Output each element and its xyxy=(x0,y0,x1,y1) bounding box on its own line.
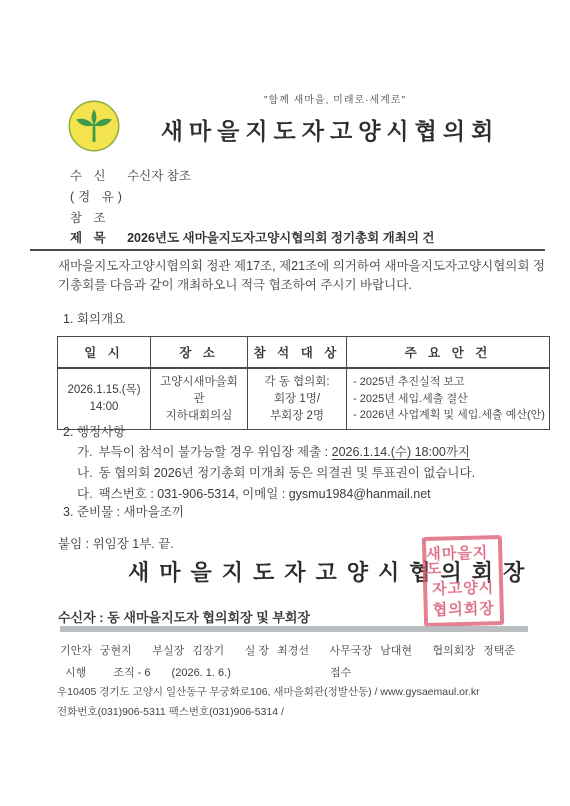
cc-label: 참 조 xyxy=(70,208,110,226)
recipient-value: 수신자 참조 xyxy=(127,169,191,183)
table-header-row: 일 시 장 소 참 석 대 상 주 요 안 건 xyxy=(58,337,550,369)
cell-attendees: 각 동 협의회: 회장 1명/ 부회장 2명 xyxy=(248,368,347,430)
address-line: 우10405 경기도 고양시 일산동구 무궁화로106, 새마을회관(정발산동)… xyxy=(57,684,480,699)
approval-role: 사무국장 xyxy=(330,645,373,657)
approval-name: 남대현 xyxy=(380,645,412,657)
col-header-attendees: 참 석 대 상 xyxy=(248,337,347,369)
approval-name: 김장기 xyxy=(192,645,224,657)
cell-datetime: 2026.1.15.(목) 14:00 xyxy=(58,368,151,430)
subject-text: 2026년도 새마을지도자고양시협의회 정기총회 개최의 건 xyxy=(127,231,434,245)
item-c-prefix: 다. xyxy=(77,487,93,501)
attachment-line: 붙임 : 위임장 1부. 끝. xyxy=(58,534,174,552)
org-slogan: "함께 새마을, 미래로·세계로" xyxy=(160,91,510,106)
agenda-line1: - 2025년 추진실적 보고 xyxy=(353,374,545,391)
attendees-line1: 각 동 협의회: xyxy=(252,374,342,391)
phone-line: 전화번호(031)906-5311 팩스번호(031)906-5314 / xyxy=(57,704,284,719)
admin-item-c: 다.팩스번호 : 031-906-5314, 이메일 : gysmu1984@h… xyxy=(77,484,431,502)
official-seal-stamp: 새마을지도 자고양시 협의회장 xyxy=(422,535,504,627)
via-label: (경 유) xyxy=(70,187,126,205)
attendees-line3: 부회장 2명 xyxy=(252,408,342,425)
approval-role: 실 장 xyxy=(245,645,269,657)
enforce-label: 시행 xyxy=(65,664,86,680)
approval-secretary-general: 사무국장남대현 xyxy=(330,642,412,658)
stamp-row-1: 새마을지도 xyxy=(426,545,499,577)
receipt-label: 접수 xyxy=(330,664,351,680)
admin-item-a: 가.부득이 참석이 불가능할 경우 위임장 제출 : 2026.1.14.(수)… xyxy=(77,442,470,460)
col-header-place: 장 소 xyxy=(151,337,248,369)
section1-title: 1. 회의개요 xyxy=(63,309,125,327)
approval-deputy-head: 부실장김장기 xyxy=(152,642,224,658)
receivers-line: 수신자 : 동 새마을지도자 협의회장 및 부회장 xyxy=(58,607,310,626)
cell-place: 고양시새마을회관 지하대회의실 xyxy=(151,368,248,430)
via-line: (경 유) xyxy=(70,187,140,205)
body-paragraph: 새마을지도자고양시협의회 정관 제17조, 제21조에 의거하여 새마을지도자고… xyxy=(58,257,545,295)
recipient-label: 수 신 xyxy=(70,166,110,184)
footer-divider-bar xyxy=(60,626,528,632)
document-page: "함께 새마을, 미래로·세계로" 새마을지도자고양시협의회 수 신 수신자 참… xyxy=(0,0,570,806)
table-data-row: 2026.1.15.(목) 14:00 고양시새마을회관 지하대회의실 각 동 … xyxy=(58,368,550,430)
approval-name: 궁현지 xyxy=(100,645,132,657)
approval-role: 협의회장 xyxy=(433,645,476,657)
approval-name: 최경선 xyxy=(277,645,309,657)
place-line1: 고양시새마을회관 xyxy=(155,374,243,408)
item-a-prefix: 가. xyxy=(77,445,93,459)
agenda-line3: - 2026년 사업계획 및 세입.세출 예산(안) xyxy=(353,407,545,424)
item-b-prefix: 나. xyxy=(77,466,93,480)
attendees-line2: 회장 1명/ xyxy=(252,391,342,408)
enforce-date: (2026. 1. 6.) xyxy=(172,667,231,679)
approval-name: 정택준 xyxy=(483,645,515,657)
agenda-line2: - 2025년 세입.세출 결산 xyxy=(353,391,545,408)
subject-line: 제 목 2026년도 새마을지도자고양시협의회 정기총회 개최의 건 xyxy=(70,228,434,246)
enforcement-line: 시행 조직 - 6 (2026. 1. 6.) 접수 xyxy=(65,664,351,680)
stamp-row-3: 협의회장 xyxy=(433,601,495,618)
saemaul-sprout-logo-icon xyxy=(66,98,122,154)
approval-chairman: 협의회장정택준 xyxy=(433,642,515,658)
item-c-text: 팩스번호 : 031-906-5314, 이메일 : gysmu1984@han… xyxy=(99,487,431,501)
approval-role: 부실장 xyxy=(152,645,184,657)
approval-drafter: 기안자궁현지 xyxy=(60,642,132,658)
meeting-overview-table: 일 시 장 소 참 석 대 상 주 요 안 건 2026.1.15.(목) 14… xyxy=(57,336,550,430)
col-header-agenda: 주 요 안 건 xyxy=(347,337,550,369)
admin-item-b: 나.동 협의회 2026년 정기총회 미개최 동은 의결권 및 투표권이 없습니… xyxy=(77,463,475,481)
datetime-date: 2026.1.15.(목) xyxy=(62,382,146,399)
item-a-text: 부득이 참석이 불가능할 경우 위임장 제출 : xyxy=(99,445,332,459)
cc-line: 참 조 xyxy=(70,208,124,226)
stamp-row-2: 자고양시 xyxy=(432,580,494,597)
item-b-text: 동 협의회 2026년 정기총회 미개최 동은 의결권 및 투표권이 없습니다. xyxy=(99,466,476,480)
item-a-deadline: 2026.1.14.(수) 18:00까지 xyxy=(332,445,470,459)
subject-label: 제 목 xyxy=(70,228,110,246)
cell-agenda: - 2025년 추진실적 보고 - 2025년 세입.세출 결산 - 2026년… xyxy=(347,368,550,430)
section2-title: 2. 행정사항 xyxy=(63,422,125,440)
datetime-time: 14:00 xyxy=(62,399,146,416)
approval-row: 기안자궁현지 부실장김장기 실 장최경선 사무국장남대현 협의회장정택준 xyxy=(60,642,515,658)
col-header-datetime: 일 시 xyxy=(58,337,151,369)
approval-head: 실 장최경선 xyxy=(245,642,309,658)
org-title: 새마을지도자고양시협의회 xyxy=(130,113,530,146)
recipient-line: 수 신 수신자 참조 xyxy=(70,166,191,184)
subject-divider xyxy=(30,249,545,251)
section3-title: 3. 준비물 : 새마을조끼 xyxy=(63,502,184,520)
place-line2: 지하대회의실 xyxy=(155,408,243,425)
approval-role: 기안자 xyxy=(60,645,92,657)
enforce-number: 조직 - 6 xyxy=(113,664,150,680)
